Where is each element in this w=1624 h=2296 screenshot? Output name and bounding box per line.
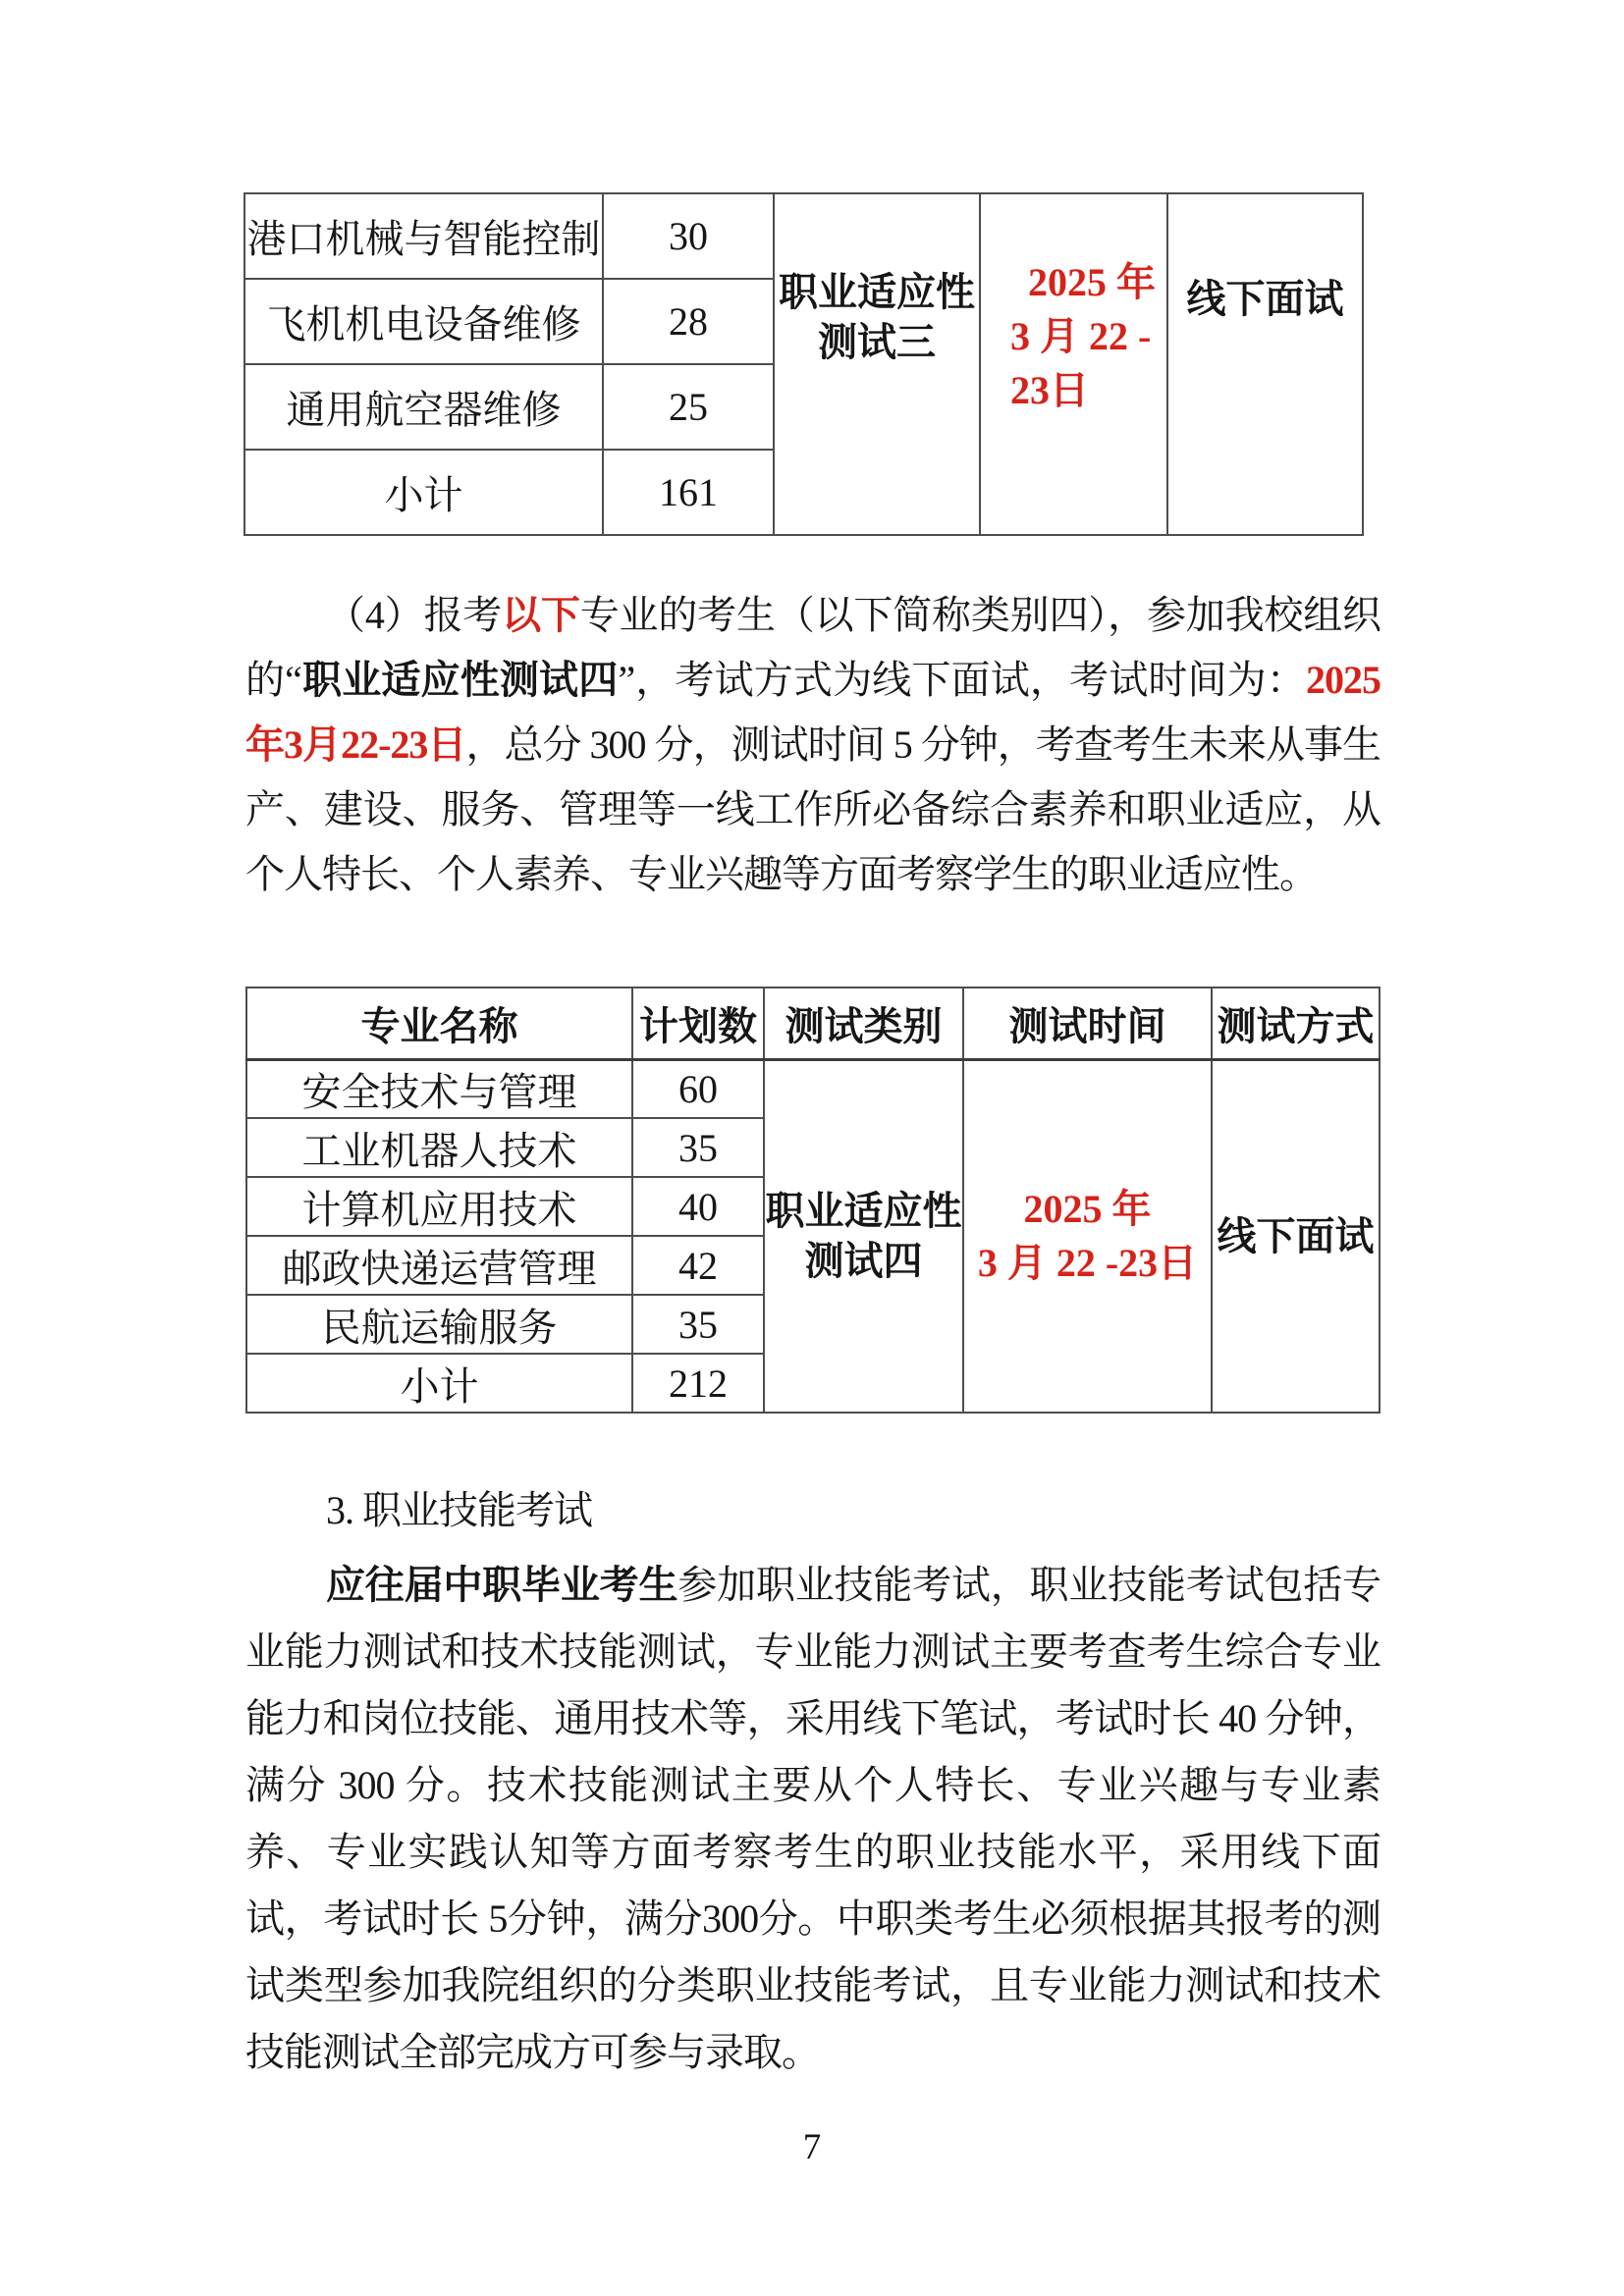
plan-count-cell: 28 xyxy=(603,279,774,364)
test-time-line: 3 月 22 -23日 xyxy=(964,1236,1211,1290)
table-header-row: 专业名称 计划数 测试类别 测试时间 测试方式 xyxy=(246,988,1380,1059)
bold-lead-text: 应往届中职毕业考生 xyxy=(326,1563,677,1607)
category3-quota-table: 港口机械与智能控制 30 职业适应性 测试三 2025 年 3 月 22 - 2… xyxy=(244,192,1364,536)
plan-count-cell: 35 xyxy=(632,1118,764,1177)
test-category-cell: 职业适应性 测试三 xyxy=(774,193,980,535)
major-name-cell: 通用航空器维修 xyxy=(244,364,603,450)
major-name-cell: 工业机器人技术 xyxy=(246,1118,632,1177)
test-category-line: 职业适应性 xyxy=(775,267,979,317)
test-category-line: 职业适应性 xyxy=(765,1186,962,1236)
major-name-cell: 安全技术与管理 xyxy=(246,1059,632,1118)
header-test-time: 测试时间 xyxy=(963,988,1212,1059)
test-category-cell: 职业适应性 测试四 xyxy=(764,1059,963,1413)
header-test-method: 测试方式 xyxy=(1212,988,1380,1059)
red-highlight-text: 以下 xyxy=(502,593,580,637)
paragraph-text: （4）报考 xyxy=(326,593,502,637)
plan-count-cell: 35 xyxy=(632,1295,764,1354)
test-time-line: 2025 年 xyxy=(1010,255,1166,309)
category4-quota-table: 专业名称 计划数 测试类别 测试时间 测试方式 安全技术与管理 60 职业适应性… xyxy=(245,987,1380,1414)
major-name-cell: 邮政快递运营管理 xyxy=(246,1236,632,1295)
plan-count-cell: 60 xyxy=(632,1059,764,1118)
test-method-cell: 线下面试 xyxy=(1212,1059,1380,1413)
test-category-line: 测试四 xyxy=(765,1236,962,1286)
major-name-cell: 飞机机电设备维修 xyxy=(244,279,603,364)
test-time-line: 23日 xyxy=(1010,363,1166,417)
plan-count-cell: 40 xyxy=(632,1177,764,1236)
subtotal-count-cell: 161 xyxy=(603,450,774,535)
paragraph-skills-exam: 应往届中职毕业考生参加职业技能考试，职业技能考试包括专业能力测试和技术技能测试，… xyxy=(245,1552,1380,2086)
subtotal-label-cell: 小计 xyxy=(246,1354,632,1413)
test-method-cell: 线下面试 xyxy=(1167,193,1363,535)
test-time-cell: 2025 年 3 月 22 -23日 xyxy=(963,1059,1212,1413)
plan-count-cell: 30 xyxy=(603,193,774,279)
test-category-line: 测试三 xyxy=(775,317,979,367)
plan-count-cell: 42 xyxy=(632,1236,764,1295)
paragraph-category4: （4）报考以下专业的考生（以下简称类别四），参加我校组织的“职业适应性测试四”，… xyxy=(245,583,1380,907)
test-time-cell: 2025 年 3 月 22 - 23日 xyxy=(980,193,1167,535)
major-name-cell: 港口机械与智能控制 xyxy=(244,193,603,279)
bold-test-name-text: 职业适应性测试四 xyxy=(301,658,618,702)
section-3-heading: 3. 职业技能考试 xyxy=(245,1478,1380,1543)
paragraph-text: 参加职业技能考试，职业技能考试包括专业能力测试和技术技能测试，专业能力测试主要考… xyxy=(245,1563,1380,2074)
major-name-cell: 民航运输服务 xyxy=(246,1295,632,1354)
table-row: 港口机械与智能控制 30 职业适应性 测试三 2025 年 3 月 22 - 2… xyxy=(244,193,1363,279)
major-name-cell: 计算机应用技术 xyxy=(246,1177,632,1236)
plan-count-cell: 25 xyxy=(603,364,774,450)
header-major-name: 专业名称 xyxy=(246,988,632,1059)
header-test-category: 测试类别 xyxy=(764,988,963,1059)
table-row: 安全技术与管理 60 职业适应性 测试四 2025 年 3 月 22 -23日 … xyxy=(246,1059,1380,1118)
subtotal-count-cell: 212 xyxy=(632,1354,764,1413)
test-time-line: 2025 年 xyxy=(964,1182,1211,1236)
subtotal-label-cell: 小计 xyxy=(244,450,603,535)
header-plan-count: 计划数 xyxy=(632,988,764,1059)
paragraph-text: ”，考试方式为线下面试，考试时间为： xyxy=(618,658,1306,702)
test-time-line: 3 月 22 - xyxy=(1010,309,1166,363)
page-number: 7 xyxy=(0,2126,1624,2168)
